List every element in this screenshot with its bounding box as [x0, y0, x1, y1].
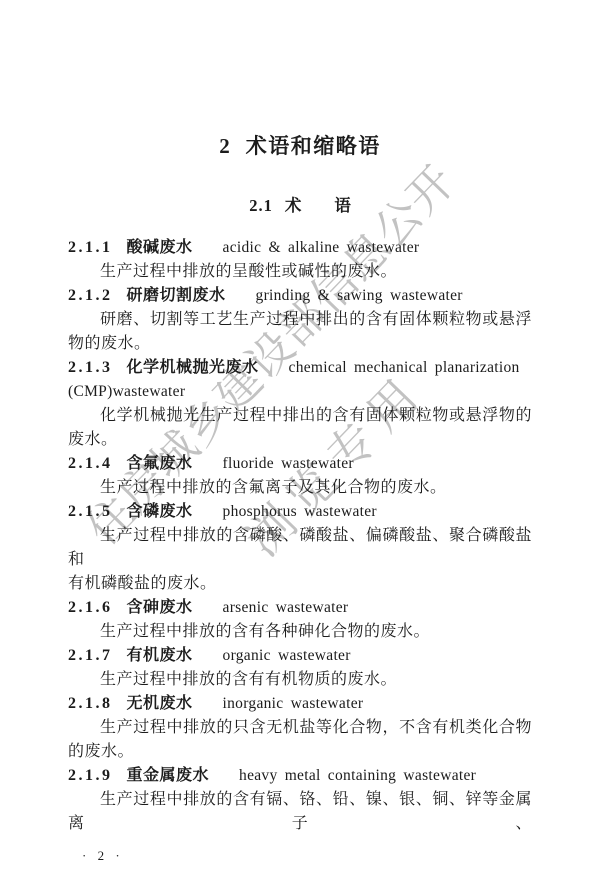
term-definition-line: 生产过程中排放的只含无机盐等化合物，不含有机类化合物: [68, 716, 532, 740]
term-en: inorganic wastewater: [223, 695, 364, 712]
term-zh: 含氟废水: [127, 455, 193, 472]
term-zh: 酸碱废水: [127, 239, 193, 256]
term-zh: 化学机械抛光废水: [127, 359, 259, 376]
term-number: 2.1.1: [68, 239, 113, 256]
page-number: · 2 ·: [82, 848, 532, 864]
term-definition-line: 生产过程中排放的含有各种砷化合物的废水。: [68, 620, 532, 644]
term-entry: 2.1.7有机废水organic wastewater生产过程中排放的含有有机物…: [68, 644, 532, 692]
term-entry: 2.1.5含磷废水phosphorus wastewater生产过程中排放的含磷…: [68, 500, 532, 596]
term-definition-line: 生产过程中排放的含有镉、铬、铅、镍、银、铜、锌等金属离子、: [68, 788, 532, 836]
term-number: 2.1.9: [68, 767, 113, 784]
term-entry: 2.1.3化学机械抛光废水chemical mechanical planari…: [68, 356, 532, 452]
term-en: acidic & alkaline wastewater: [223, 239, 420, 256]
term-heading: 2.1.8无机废水inorganic wastewater: [68, 692, 532, 716]
term-zh: 重金属废水: [127, 767, 210, 784]
term-zh: 含磷废水: [127, 503, 193, 520]
term-heading: 2.1.2研磨切割废水grinding & sawing wastewater: [68, 284, 532, 308]
terms-list: 2.1.1酸碱废水acidic & alkaline wastewater生产过…: [68, 236, 532, 836]
term-definition-line: 废水。: [68, 428, 532, 452]
term-en: phosphorus wastewater: [223, 503, 377, 520]
term-number: 2.1.5: [68, 503, 113, 520]
term-heading: 2.1.5含磷废水phosphorus wastewater: [68, 500, 532, 524]
term-heading: 2.1.1酸碱废水acidic & alkaline wastewater: [68, 236, 532, 260]
term-zh: 有机废水: [127, 647, 193, 664]
term-number: 2.1.8: [68, 695, 113, 712]
term-number: 2.1.7: [68, 647, 113, 664]
section-title: 术 语: [285, 196, 351, 215]
term-number: 2.1.6: [68, 599, 113, 616]
term-en: fluoride wastewater: [223, 455, 354, 472]
term-en: grinding & sawing wastewater: [256, 287, 463, 304]
term-entry: 2.1.9重金属废水heavy metal containing wastewa…: [68, 764, 532, 836]
term-definition-line: 生产过程中排放的呈酸性或碱性的废水。: [68, 260, 532, 284]
document-page: 住房城乡建设部信息公开 浏览专用 2术语和缩略语 2.1术 语 2.1.1酸碱废…: [0, 0, 600, 870]
term-en-continuation: (CMP)wastewater: [68, 380, 532, 404]
chapter-number: 2: [219, 134, 230, 158]
term-heading: 2.1.7有机废水organic wastewater: [68, 644, 532, 668]
term-entry: 2.1.6含砷废水arsenic wastewater生产过程中排放的含有各种砷…: [68, 596, 532, 644]
term-zh: 研磨切割废水: [127, 287, 226, 304]
term-number: 2.1.2: [68, 287, 113, 304]
term-heading: 2.1.6含砷废水arsenic wastewater: [68, 596, 532, 620]
term-number: 2.1.4: [68, 455, 113, 472]
term-definition-line: 生产过程中排放的含有有机物质的废水。: [68, 668, 532, 692]
term-definition-line: 研磨、切割等工艺生产过程中排出的含有固体颗粒物或悬浮: [68, 308, 532, 332]
term-en: organic wastewater: [223, 647, 351, 664]
term-definition-line: 生产过程中排放的含氟离子及其化合物的废水。: [68, 476, 532, 500]
section-number: 2.1: [249, 196, 273, 215]
section-heading: 2.1术 语: [68, 196, 532, 215]
term-entry: 2.1.4含氟废水fluoride wastewater生产过程中排放的含氟离子…: [68, 452, 532, 500]
term-definition-line: 物的废水。: [68, 332, 532, 356]
term-heading: 2.1.3化学机械抛光废水chemical mechanical planari…: [68, 356, 532, 380]
term-en: chemical mechanical planarization: [289, 359, 520, 376]
term-heading: 2.1.4含氟废水fluoride wastewater: [68, 452, 532, 476]
term-definition-line: 化学机械抛光生产过程中排出的含有固体颗粒物或悬浮物的: [68, 404, 532, 428]
term-zh: 含砷废水: [127, 599, 193, 616]
term-entry: 2.1.1酸碱废水acidic & alkaline wastewater生产过…: [68, 236, 532, 284]
term-definition-line: 生产过程中排放的含磷酸、磷酸盐、偏磷酸盐、聚合磷酸盐和: [68, 524, 532, 572]
term-zh: 无机废水: [127, 695, 193, 712]
chapter-heading: 2术语和缩略语: [68, 133, 532, 159]
term-number: 2.1.3: [68, 359, 113, 376]
term-heading: 2.1.9重金属废水heavy metal containing wastewa…: [68, 764, 532, 788]
term-entry: 2.1.8无机废水inorganic wastewater生产过程中排放的只含无…: [68, 692, 532, 764]
term-definition-line: 的废水。: [68, 740, 532, 764]
chapter-title: 术语和缩略语: [246, 134, 381, 158]
term-entry: 2.1.2研磨切割废水grinding & sawing wastewater研…: [68, 284, 532, 356]
term-en: arsenic wastewater: [223, 599, 349, 616]
term-definition-line: 有机磷酸盐的废水。: [68, 572, 532, 596]
term-en: heavy metal containing wastewater: [239, 767, 476, 784]
page-content: 2术语和缩略语 2.1术 语 2.1.1酸碱废水acidic & alkalin…: [68, 133, 532, 864]
